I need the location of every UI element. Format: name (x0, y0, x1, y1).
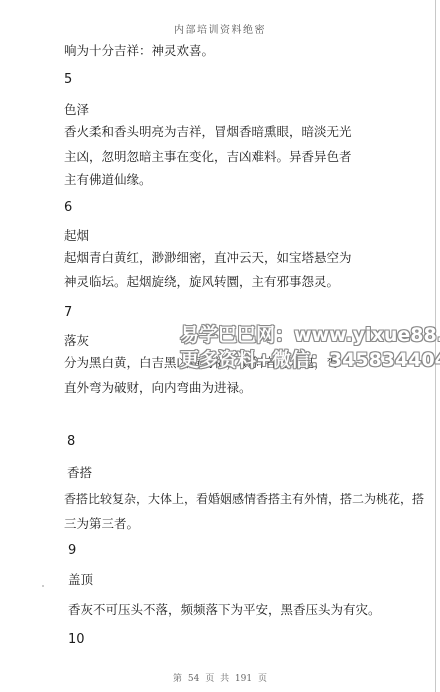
section-number: 10 (68, 632, 85, 648)
paragraph-line: 香火柔和香头明亮为吉祥，冒烟香暗熏眼，暗淡无光 (64, 124, 352, 140)
scan-speck (42, 585, 44, 587)
paragraph-line: 三为第三者。 (64, 516, 139, 532)
section-number: 9 (68, 543, 76, 559)
intro-line: 响为十分吉祥：神灵欢喜。 (64, 43, 214, 59)
paragraph-line: 起烟青白黄红，渺渺细密，直冲云天，如宝塔悬空为 (64, 250, 352, 266)
section-number: 6 (64, 200, 72, 216)
section-number: 5 (64, 72, 72, 88)
paragraph-line: 香搭比较复杂，大体上，看婚姻感情香搭主有外情，搭二为桃花，搭 (64, 491, 424, 507)
section-title: 盖顶 (68, 572, 93, 588)
page-header: 内部培训资料绝密 (0, 21, 440, 36)
paragraph-line: 主有佛道仙缘。 (64, 172, 152, 188)
watermark-line-2: 更多资料+微信：3458344044 (180, 345, 440, 372)
section-title: 落灰 (64, 333, 89, 349)
section-title: 色泽 (64, 102, 89, 118)
section-number: 7 (64, 305, 72, 321)
paragraph-line: 直外弯为破财，向内弯曲为进禄。 (64, 380, 252, 396)
page-footer: 第 54 页 共 191 页 (0, 671, 440, 684)
watermark-line-1: 易学巴巴网：www.yixue88.cn (180, 320, 440, 347)
paragraph-line: 香灰不可压头不落，频频落下为平安，黑香压头为有灾。 (68, 602, 381, 618)
paragraph-line: 神灵临坛。起烟旋绕，旋风转圜，主有邪事怨灵。 (64, 274, 339, 290)
section-title: 起烟 (64, 228, 89, 244)
section-number: 8 (67, 434, 75, 450)
section-title: 香搭 (67, 465, 92, 481)
paragraph-line: 主凶，忽明忽暗主事在变化，吉凶难料。异香异色者 (64, 149, 352, 165)
